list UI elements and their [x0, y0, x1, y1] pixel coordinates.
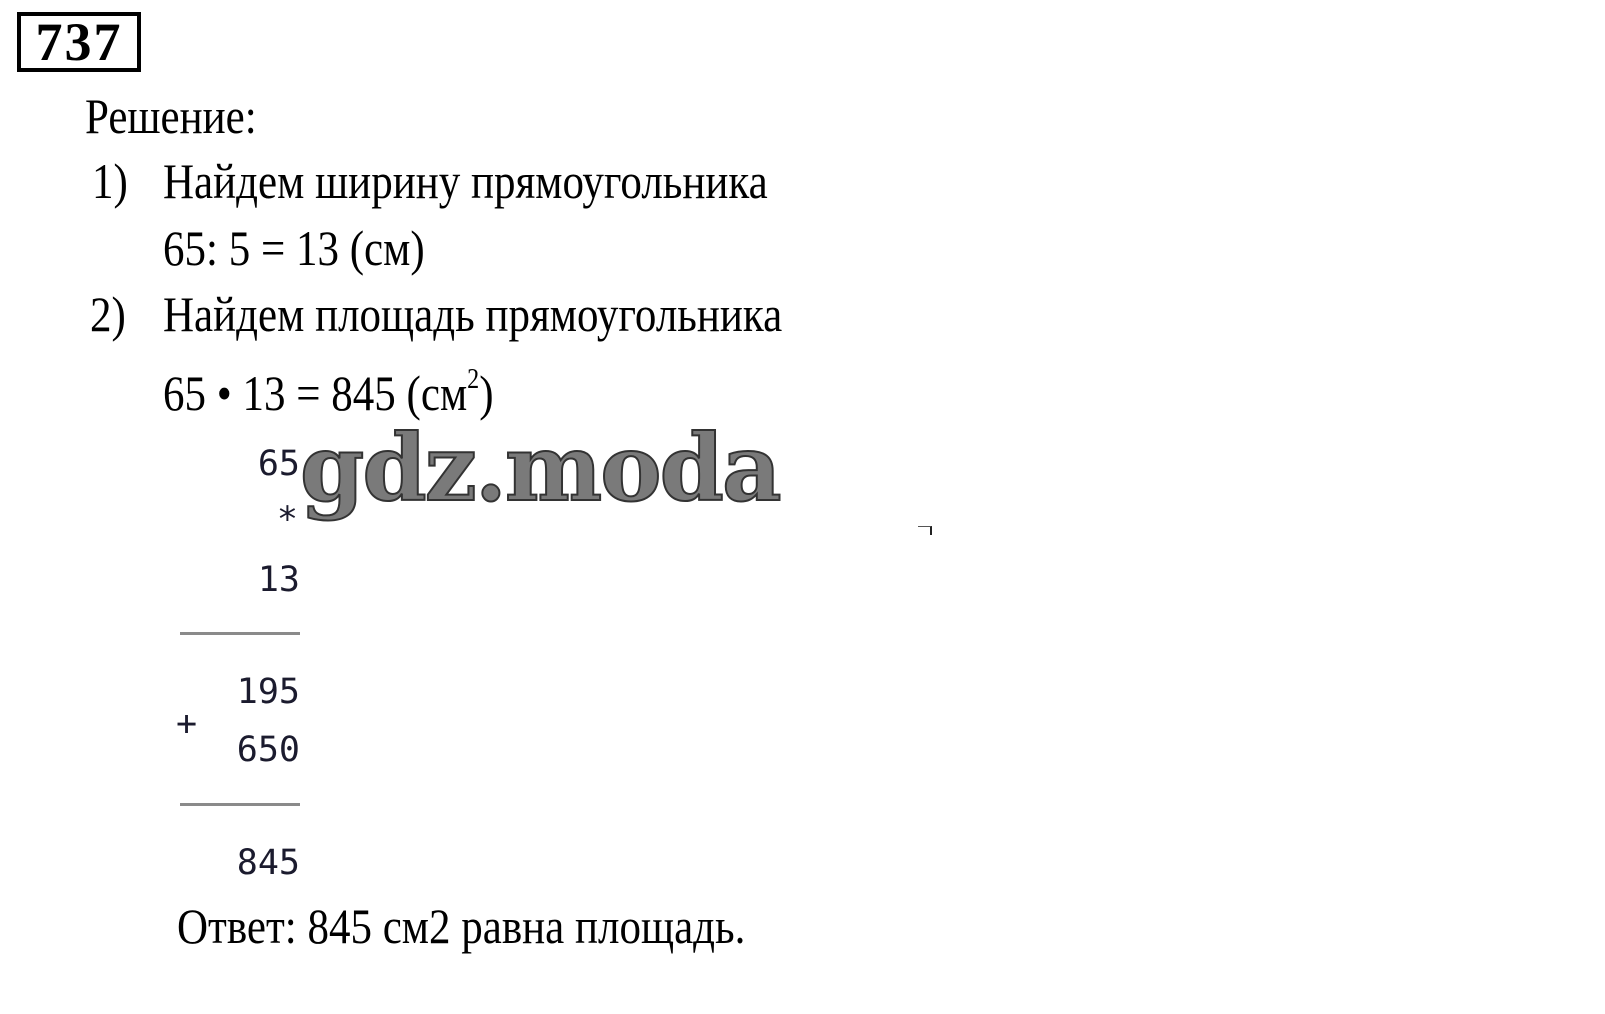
step-2-marker: 2)	[90, 286, 126, 342]
solution-heading: Решение:	[85, 88, 257, 144]
step-2-expression: 65 • 13 = 845 (см2)	[163, 352, 494, 421]
partial-sum-2: 650	[180, 730, 300, 770]
step-1-expression: 65: 5 = 13 (см)	[163, 220, 425, 276]
problem-number: 737	[17, 12, 141, 72]
step-2-expression-end: )	[479, 365, 493, 421]
rule-line-2	[180, 803, 300, 806]
multiplier: 13	[180, 560, 300, 600]
step-2-expression-main: 65 • 13 = 845 (см	[163, 365, 467, 421]
step-1-marker: 1)	[92, 153, 128, 209]
watermark-logo: gdz.moda	[300, 418, 780, 518]
step-2-expression-exponent: 2	[467, 364, 479, 395]
step-2-title: Найдем площадь прямоугольника	[163, 286, 782, 342]
rule-line-1	[180, 632, 300, 635]
scan-artifact	[918, 526, 932, 535]
answer-line: Ответ: 845 см2 равна площадь.	[177, 898, 745, 954]
step-1-title: Найдем ширину прямоугольника	[163, 153, 768, 209]
multiplicand: 65	[180, 444, 300, 484]
multiply-operator: *	[230, 500, 298, 540]
result: 845	[180, 843, 300, 883]
